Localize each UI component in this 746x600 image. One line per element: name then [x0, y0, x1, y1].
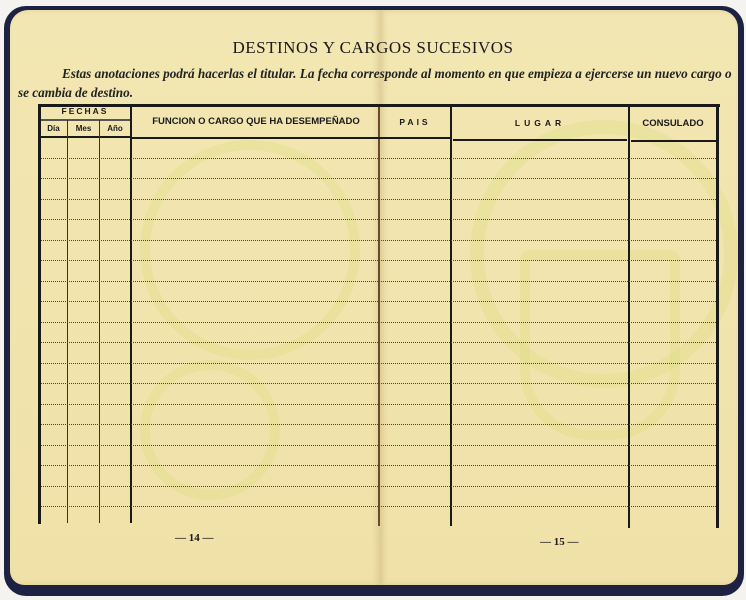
table-row[interactable] — [41, 445, 716, 446]
col-rule-pais-lugar — [450, 104, 452, 526]
header-pais: PAIS — [380, 117, 450, 127]
table-row[interactable] — [41, 486, 716, 487]
table-row[interactable] — [41, 424, 716, 425]
header-ano: Año — [100, 124, 130, 133]
table-row[interactable] — [41, 158, 716, 159]
table-row[interactable] — [41, 301, 716, 302]
header-bottom-funcion — [132, 137, 380, 139]
header-bottom-consulado — [631, 140, 718, 142]
header-mes: Mes — [68, 124, 99, 133]
header-funcion-cargo: FUNCION O CARGO QUE HA DESEMPEÑADO — [132, 116, 380, 127]
header-fechas: FECHAS — [40, 106, 130, 116]
table-row[interactable] — [41, 322, 716, 323]
table-row[interactable] — [41, 506, 716, 507]
header-bottom-dates — [40, 136, 130, 138]
table-row[interactable] — [41, 465, 716, 466]
table-row[interactable] — [41, 404, 716, 405]
table-top-border-right — [380, 104, 720, 107]
table-row[interactable] — [41, 363, 716, 364]
table-row[interactable] — [41, 178, 716, 179]
fechas-divider — [40, 119, 130, 121]
page-title: DESTINOS Y CARGOS SUCESIVOS — [0, 38, 746, 58]
table-row[interactable] — [41, 240, 716, 241]
table-row[interactable] — [41, 260, 716, 261]
header-bottom-pais — [380, 137, 450, 139]
table-row[interactable] — [41, 342, 716, 343]
header-dia: Día — [40, 124, 67, 133]
table-row[interactable] — [41, 219, 716, 220]
table-row[interactable] — [41, 199, 716, 200]
page-number-left: — 14 — — [175, 532, 214, 544]
instructions-text: Estas anotaciones podrá hacerlas el titu… — [18, 64, 743, 102]
col-rule-fechas-funcion — [130, 104, 132, 523]
table-right-border — [716, 104, 719, 528]
book-spine — [378, 106, 380, 526]
table-left-border — [38, 104, 41, 524]
header-bottom-lugar — [453, 139, 627, 141]
header-lugar: LUGAR — [452, 118, 628, 128]
table-row[interactable] — [41, 281, 716, 282]
header-consulado: CONSULADO — [630, 118, 716, 129]
page-number-right: — 15 — — [540, 536, 579, 548]
table-row[interactable] — [41, 383, 716, 384]
